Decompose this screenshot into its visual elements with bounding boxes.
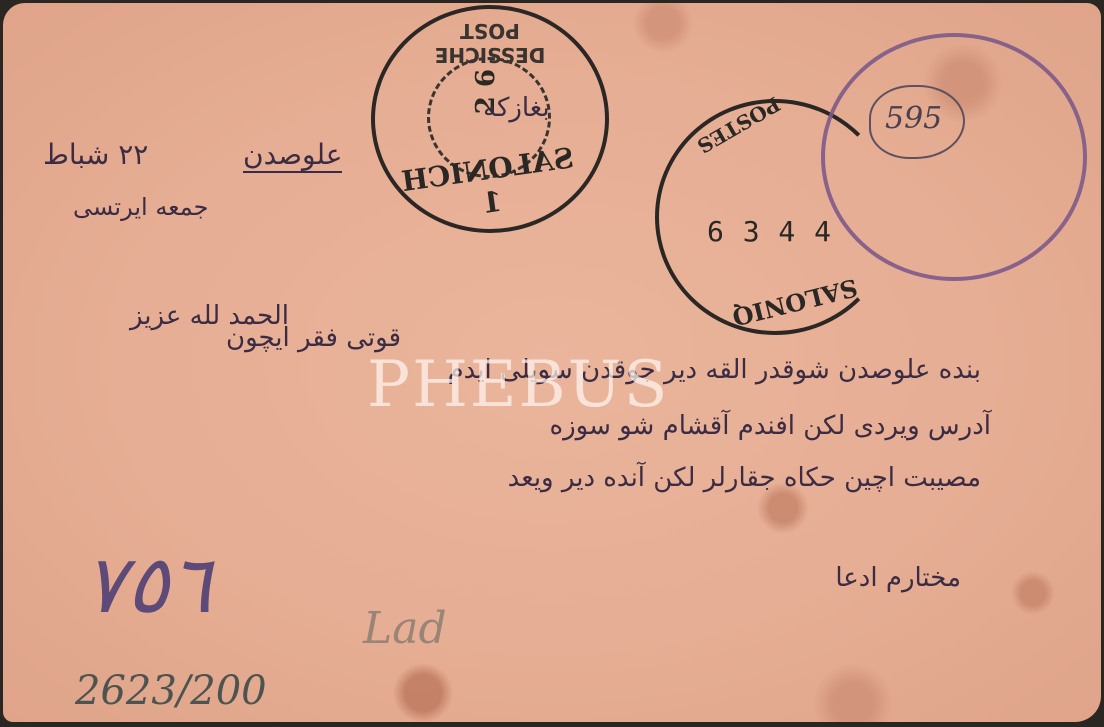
handwritten-place: علوصدن <box>243 138 342 173</box>
body-line-5: مصیبت اچین حكاه جقارلر لكن آنده دیر ویعد <box>508 463 981 493</box>
postmark-ring-top-text: POSTES <box>693 92 784 159</box>
postmark-ring-top-text: DESSICHE POST <box>415 19 565 67</box>
postmark-date: 6 3 4 4 <box>707 215 832 248</box>
violet-postmark <box>821 33 1087 281</box>
pencil-faint-note: Lad <box>363 603 447 654</box>
circled-number-text: 595 <box>885 101 942 136</box>
pencil-reference-number: 2623/200 <box>75 668 267 714</box>
postmark-ring-bottom-text: SALONICH 1 <box>391 140 588 232</box>
body-line-6: مختارم ادعا <box>835 563 961 593</box>
postmark-ring-bottom-text: SALONIQ <box>729 273 860 332</box>
purple-annotation: ٧٥٦ <box>83 538 212 631</box>
watermark: PHEBUS <box>367 348 669 422</box>
handwritten-date: ۲۲ شباط <box>43 138 148 171</box>
handwritten-day: جمعه ایرتسی <box>73 193 208 221</box>
handwritten-side-note: بغازكه <box>483 93 550 123</box>
postcard: DESSICHE POST 2 6 SALONICH 1 POSTES 6 3 … <box>3 3 1101 722</box>
